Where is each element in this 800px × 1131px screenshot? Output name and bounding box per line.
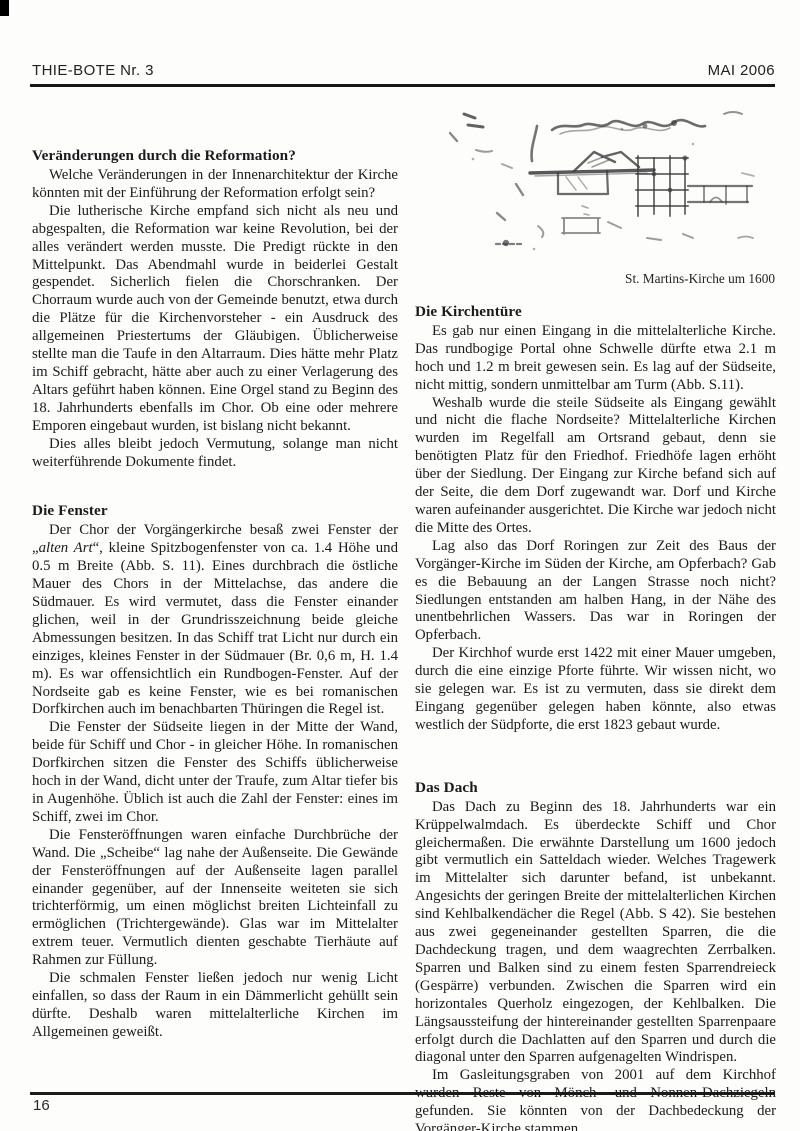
- paragraph-text: “, kleine Spitzbogenfenster von ca. 1.4 …: [32, 540, 398, 717]
- page-number: 16: [33, 1097, 50, 1114]
- paragraph: Der Chor der Vorgängerkirche besaß zwei …: [32, 522, 398, 719]
- section-fenster: Die Fenster Der Chor der Vorgängerkirche…: [32, 502, 398, 1041]
- paragraph: Die schmalen Fenster ließen jedoch nur w…: [32, 970, 398, 1042]
- figure-st-martins: St. Martins-Kirche um 1600: [415, 98, 776, 288]
- paragraph: Es gab nur einen Eingang in die mittelal…: [415, 323, 776, 395]
- paragraph: Im Gasleitungsgraben von 2001 auf dem Ki…: [415, 1067, 776, 1131]
- figure-caption: St. Martins-Kirche um 1600: [415, 270, 776, 288]
- right-column: St. Martins-Kirche um 1600 Die Kirchentü…: [415, 98, 776, 1131]
- section-reformation: Veränderungen durch die Reformation? Wel…: [32, 147, 398, 471]
- section-heading-dach: Das Dach: [415, 779, 776, 797]
- section-heading-kirchentuere: Die Kirchentüre: [415, 303, 776, 321]
- section-kirchentuere: Die Kirchentüre Es gab nur einen Eingang…: [415, 303, 776, 735]
- paragraph: Dies alles bleibt jedoch Vermutung, sola…: [32, 436, 398, 472]
- church-sketch-figure: [437, 98, 767, 266]
- section-dach: Das Dach Das Dach zu Beginn des 18. Jahr…: [415, 779, 776, 1131]
- page-header: THIE-BOTE Nr. 3 MAI 2006: [32, 62, 775, 79]
- paragraph: Das Dach zu Beginn des 18. Jahrhunderts …: [415, 799, 776, 1068]
- left-column: Veränderungen durch die Reformation? Wel…: [32, 147, 398, 1042]
- paragraph: Welche Veränderungen in der Innenarchite…: [32, 167, 398, 203]
- paragraph: Weshalb wurde die steile Südseite als Ei…: [415, 395, 776, 538]
- scan-artifact-corner-mark: [0, 0, 9, 16]
- header-journal-title: THIE-BOTE Nr. 3: [32, 62, 154, 79]
- paragraph: Lag also das Dorf Roringen zur Zeit des …: [415, 538, 776, 645]
- paragraph: Die Fensteröffnungen waren einfache Durc…: [32, 827, 398, 970]
- section-heading-reformation: Veränderungen durch die Reformation?: [32, 147, 398, 165]
- header-issue-date: MAI 2006: [708, 62, 775, 79]
- header-rule: [30, 84, 775, 87]
- paragraph: Die Fenster der Südseite liegen in der M…: [32, 719, 398, 826]
- paragraph: Der Kirchhof wurde erst 1422 mit einer M…: [415, 645, 776, 735]
- footer-rule: [30, 1092, 775, 1095]
- section-heading-fenster: Die Fenster: [32, 502, 398, 520]
- newsletter-page: THIE-BOTE Nr. 3 MAI 2006 Veränderungen d…: [0, 0, 800, 1131]
- paragraph-italic-phrase: alten Art: [39, 540, 93, 556]
- paragraph: Die lutherische Kirche empfand sich nich…: [32, 203, 398, 436]
- church-sketch-drawing: [437, 98, 767, 263]
